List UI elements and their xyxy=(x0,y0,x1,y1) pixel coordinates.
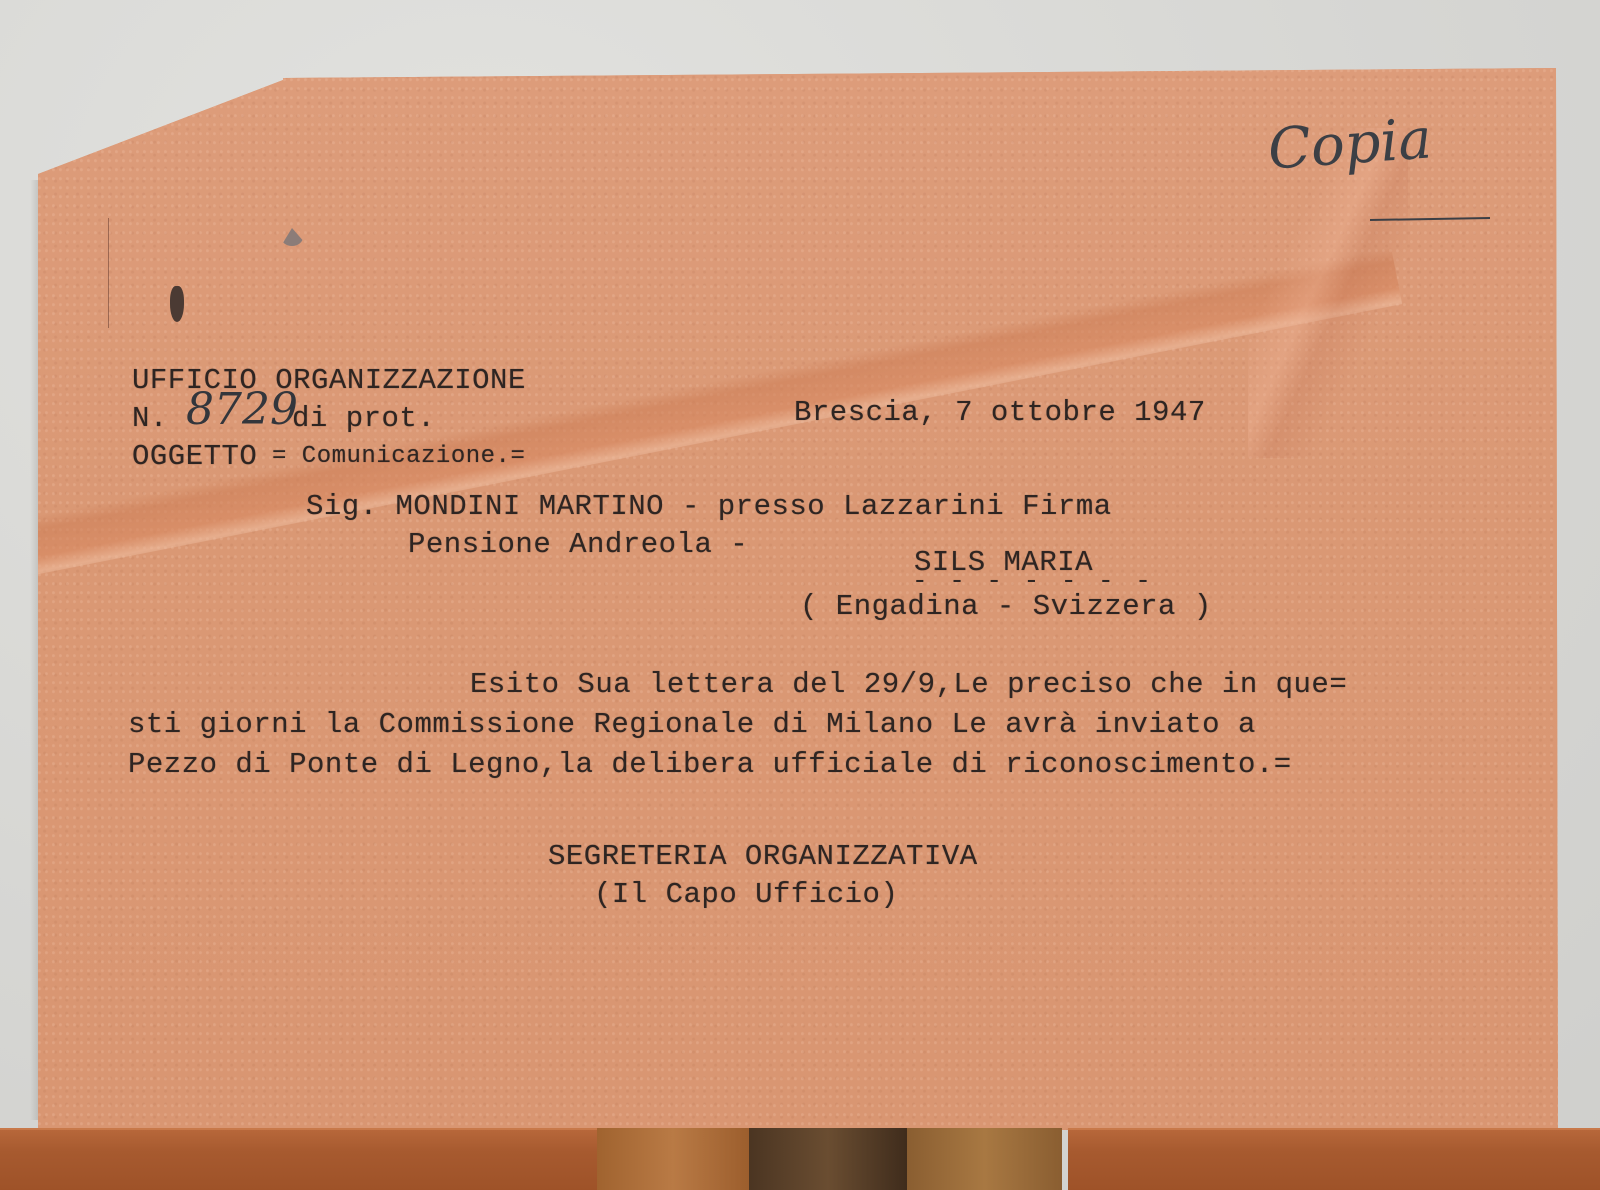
wooden-stand-left xyxy=(0,1128,597,1190)
subject-label: OGGETTO xyxy=(132,440,257,473)
wooden-stand-block xyxy=(907,1128,1062,1190)
recipient-line-1: Sig. MONDINI MARTINO - presso Lazzarini … xyxy=(306,490,1112,523)
signature-office: SEGRETERIA ORGANIZZATIVA xyxy=(548,840,978,873)
letter-paper xyxy=(38,68,1558,1130)
body-line-2: sti giorni la Commissione Regionale di M… xyxy=(128,708,1256,741)
protocol-prefix: N. xyxy=(132,402,168,435)
recipient-region: ( Engadina - Svizzera ) xyxy=(800,590,1212,623)
wooden-stand-right xyxy=(1068,1128,1600,1190)
body-line-1: Esito Sua lettera del 29/9,Le preciso ch… xyxy=(470,668,1347,701)
copy-annotation: Copia xyxy=(1266,106,1434,182)
wooden-stand-block xyxy=(749,1128,907,1190)
punch-hole-icon xyxy=(170,286,184,322)
wooden-stand-block xyxy=(597,1128,749,1190)
signature-title: (Il Capo Ufficio) xyxy=(594,878,898,911)
subject-value: = Comunicazione.= xyxy=(272,443,525,470)
place-date: Brescia, 7 ottobre 1947 xyxy=(794,396,1206,429)
pencil-margin-line xyxy=(108,218,109,328)
recipient-line-2: Pensione Andreola - xyxy=(408,528,748,561)
protocol-suffix: di prot. xyxy=(292,402,435,435)
body-line-3: Pezzo di Ponte di Legno,la delibera uffi… xyxy=(128,748,1292,781)
protocol-number: 8729 xyxy=(186,384,298,435)
